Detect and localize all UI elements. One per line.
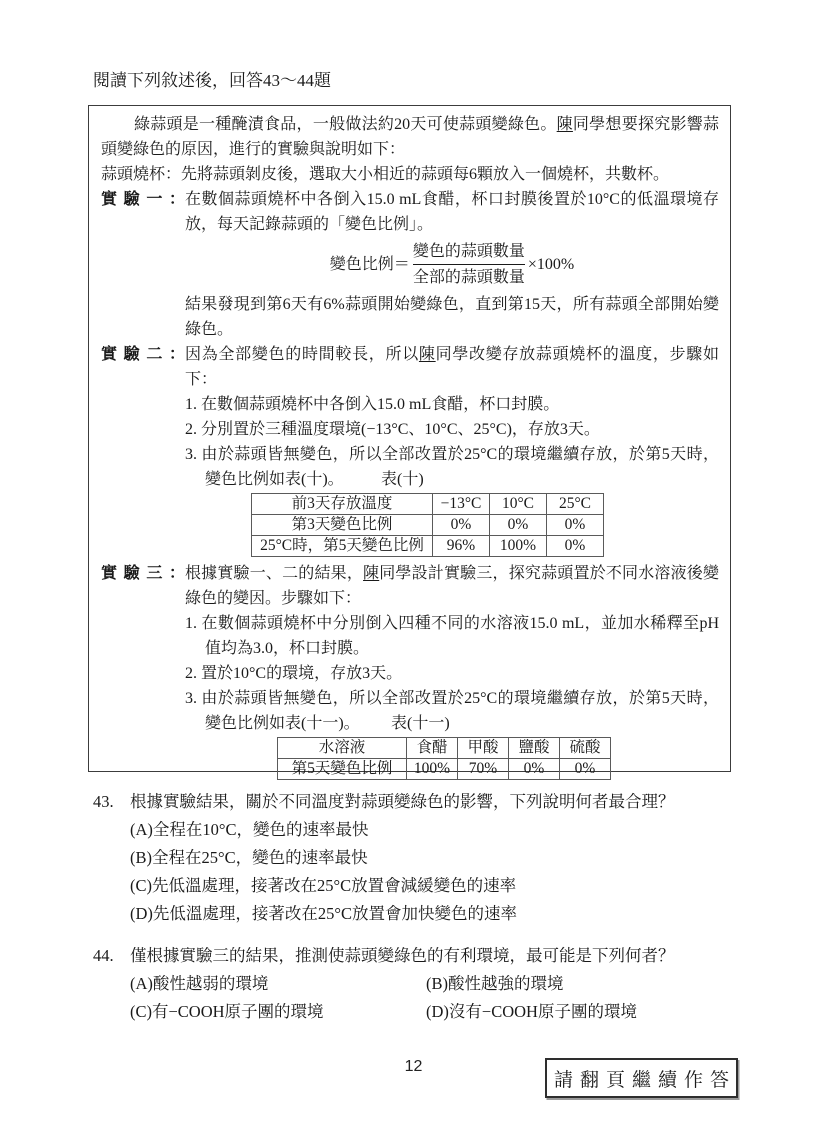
- question-43-option-a: (A)全程在10°C，變色的速率最快: [130, 816, 741, 844]
- intro-text-pre: 綠蒜頭是一種醃漬食品，一般做法約20天可使蒜頭變綠色。: [134, 116, 557, 133]
- question-44-body: 僅根據實驗三的結果，推測使蒜頭變綠色的有利環境，最可能是下列何者？ (A)酸性越…: [130, 942, 741, 1026]
- table-cell: 第3天變色比例: [252, 515, 433, 536]
- table-10: 前3天存放溫度 −13°C 10°C 25°C 第3天變色比例 0% 0% 0%: [251, 493, 604, 557]
- step-number: 1.: [185, 615, 201, 632]
- experiment-2: 實驗二： 因為全部變色的時間較長，所以陳同學改變存放蒜頭燒杯的溫度，步驟如下： …: [101, 342, 719, 561]
- experiment-2-text: 因為全部變色的時間較長，所以陳同學改變存放蒜頭燒杯的溫度，步驟如下：: [185, 342, 719, 392]
- student-name-underlined: 陳: [363, 565, 379, 582]
- table-cell: 硫酸: [560, 738, 611, 759]
- student-name-underlined: 陳: [419, 346, 436, 363]
- table-cell: 食醋: [407, 738, 458, 759]
- table-11: 水溶液 食醋 甲酸 鹽酸 硫酸 第5天變色比例 100% 70% 0% 0%: [277, 737, 611, 780]
- formula-suffix: ×100%: [528, 252, 574, 277]
- question-43-option-c: (C)先低溫處理，接著改在25°C放置會減緩變色的速率: [130, 872, 741, 900]
- experiment-3-body: 根據實驗一、二的結果，陳同學設計實驗三，探究蒜頭置於不同水溶液後變綠色的變因。步…: [185, 561, 719, 784]
- experiment-1-body: 在數個蒜頭燒杯中各倒入15.0 mL食醋，杯口封膜後置於10°C的低溫環境存放，…: [185, 187, 719, 342]
- experiment-2-step-2: 2.分別置於三種溫度環境(−13°C、10°C、25°C)，存放3天。: [185, 417, 719, 442]
- experiment-2-step-1: 1.在數個蒜頭燒杯中各倒入15.0 mL食醋，杯口封膜。: [185, 392, 719, 417]
- table-11-caption: 表(十一): [391, 711, 450, 736]
- table-row: 水溶液 食醋 甲酸 鹽酸 硫酸: [278, 738, 611, 759]
- step-number: 3.: [185, 690, 201, 707]
- step-number: 2.: [185, 421, 201, 438]
- section-instruction: 閱讀下列敘述後，回答43～44題: [93, 70, 331, 92]
- question-43-number: 43.: [93, 788, 130, 928]
- step-text: 由於蒜頭皆無變色，所以全部改置於25°C的環境繼續存放，於第5天時，變色比例如表…: [201, 690, 719, 732]
- step-number: 1.: [185, 396, 201, 413]
- step-text: 在數個蒜頭燒杯中各倒入15.0 mL食醋，杯口封膜。: [201, 396, 559, 413]
- formula-lhs: 變色比例＝: [330, 252, 410, 277]
- experiment-3: 實驗三： 根據實驗一、二的結果，陳同學設計實驗三，探究蒜頭置於不同水溶液後變綠色…: [101, 561, 719, 784]
- experiment-2-label: 實驗二：: [101, 342, 185, 561]
- exam-page: 閱讀下列敘述後，回答43～44題 綠蒜頭是一種醃漬食品，一般做法約20天可使蒜頭…: [0, 0, 827, 1142]
- experiment-3-step-2: 2.置於10°C的環境，存放3天。: [185, 661, 719, 686]
- beaker-preparation-line: 蒜頭燒杯：先將蒜頭剝皮後，選取大小相近的蒜頭每6顆放入一個燒杯，共數杯。: [101, 162, 719, 187]
- question-44-stem: 僅根據實驗三的結果，推測使蒜頭變綠色的有利環境，最可能是下列何者？: [130, 942, 741, 970]
- table-cell: 25°C時，第5天變色比例: [252, 536, 433, 557]
- question-44-number: 44.: [93, 942, 130, 1026]
- question-44-option-a: (A)酸性越弱的環境: [130, 970, 426, 998]
- turn-page-notice-text: 請翻頁繼續作答: [547, 1065, 736, 1092]
- question-44-option-c: (C)有−COOH原子團的環境: [130, 998, 426, 1026]
- question-44-option-d: (D)沒有−COOH原子團的環境: [426, 998, 741, 1026]
- step-number: 2.: [185, 665, 201, 682]
- table-row: 25°C時，第5天變色比例 96% 100% 0%: [252, 536, 604, 557]
- turn-page-notice-box: 請翻頁繼續作答: [545, 1058, 738, 1098]
- table-row: 第5天變色比例 100% 70% 0% 0%: [278, 759, 611, 780]
- question-43: 43. 根據實驗結果，關於不同溫度對蒜頭變綠色的影響，下列說明何者最合理？ (A…: [93, 788, 741, 928]
- experiment-1-text: 在數個蒜頭燒杯中各倒入15.0 mL食醋，杯口封膜後置於10°C的低溫環境存放，…: [185, 187, 719, 237]
- table-cell: 100%: [407, 759, 458, 780]
- table-cell: 0%: [547, 515, 604, 536]
- question-43-option-b: (B)全程在25°C，變色的速率最快: [130, 844, 741, 872]
- step-text: 分別置於三種溫度環境(−13°C、10°C、25°C)，存放3天。: [201, 421, 600, 438]
- question-43-body: 根據實驗結果，關於不同溫度對蒜頭變綠色的影響，下列說明何者最合理？ (A)全程在…: [130, 788, 741, 928]
- color-ratio-formula: 變色比例＝ 變色的蒜頭數量全部的蒜頭數量 ×100%: [185, 239, 719, 290]
- question-44-options: (A)酸性越弱的環境 (B)酸性越強的環境 (C)有−COOH原子團的環境 (D…: [130, 970, 741, 1026]
- experiment-3-text: 根據實驗一、二的結果，陳同學設計實驗三，探究蒜頭置於不同水溶液後變綠色的變因。步…: [185, 561, 719, 611]
- experiment-1: 實驗一： 在數個蒜頭燒杯中各倒入15.0 mL食醋，杯口封膜後置於10°C的低溫…: [101, 187, 719, 342]
- table-cell: 前3天存放溫度: [252, 494, 433, 515]
- passage-intro: 綠蒜頭是一種醃漬食品，一般做法約20天可使蒜頭變綠色。陳同學想要探究影響蒜頭變綠…: [101, 112, 719, 162]
- formula-fraction: 變色的蒜頭數量全部的蒜頭數量: [413, 239, 525, 290]
- question-44-option-b: (B)酸性越強的環境: [426, 970, 741, 998]
- experiment-1-result: 結果發現到第6天有6%蒜頭開始變綠色，直到第15天，所有蒜頭全部開始變綠色。: [185, 292, 719, 342]
- experiment-3-step-3: 3.由於蒜頭皆無變色，所以全部改置於25°C的環境繼續存放，於第5天時，變色比例…: [185, 686, 719, 736]
- question-43-option-d: (D)先低溫處理，接著改在25°C放置會加快變色的速率: [130, 900, 741, 928]
- table-cell: 100%: [490, 536, 547, 557]
- table-cell: 水溶液: [278, 738, 407, 759]
- table-cell: 96%: [433, 536, 490, 557]
- question-44: 44. 僅根據實驗三的結果，推測使蒜頭變綠色的有利環境，最可能是下列何者？ (A…: [93, 942, 741, 1026]
- experiment-2-text-pre: 因為全部變色的時間較長，所以: [185, 346, 419, 363]
- formula-denominator: 全部的蒜頭數量: [413, 264, 525, 290]
- step-number: 3.: [185, 446, 201, 463]
- experiment-3-text-pre: 根據實驗一、二的結果，: [185, 565, 363, 582]
- step-text: 在數個蒜頭燒杯中分別倒入四種不同的水溶液15.0 mL，並加水稀釋至pH值均為3…: [201, 615, 719, 657]
- table-cell: 70%: [458, 759, 509, 780]
- table-row: 前3天存放溫度 −13°C 10°C 25°C: [252, 494, 604, 515]
- experiment-2-body: 因為全部變色的時間較長，所以陳同學改變存放蒜頭燒杯的溫度，步驟如下： 1.在數個…: [185, 342, 719, 561]
- experiment-1-label: 實驗一：: [101, 187, 185, 342]
- table-10-caption: 表(十): [381, 467, 424, 492]
- student-name-underlined: 陳: [557, 116, 573, 133]
- experiment-2-step-3: 3.由於蒜頭皆無變色，所以全部改置於25°C的環境繼續存放，於第5天時，變色比例…: [185, 442, 719, 492]
- table-cell: −13°C: [433, 494, 490, 515]
- step-text: 由於蒜頭皆無變色，所以全部改置於25°C的環境繼續存放，於第5天時，變色比例如表…: [201, 446, 719, 488]
- experiment-3-label: 實驗三：: [101, 561, 185, 784]
- experiment-3-step-1: 1.在數個蒜頭燒杯中分別倒入四種不同的水溶液15.0 mL，並加水稀釋至pH值均…: [185, 611, 719, 661]
- passage-box: 綠蒜頭是一種醃漬食品，一般做法約20天可使蒜頭變綠色。陳同學想要探究影響蒜頭變綠…: [88, 105, 731, 772]
- table-cell: 甲酸: [458, 738, 509, 759]
- table-cell: 0%: [560, 759, 611, 780]
- formula-numerator: 變色的蒜頭數量: [413, 239, 525, 264]
- table-cell: 25°C: [547, 494, 604, 515]
- table-row: 第3天變色比例 0% 0% 0%: [252, 515, 604, 536]
- table-cell: 10°C: [490, 494, 547, 515]
- table-cell: 0%: [509, 759, 560, 780]
- table-cell: 鹽酸: [509, 738, 560, 759]
- table-cell: 第5天變色比例: [278, 759, 407, 780]
- step-text: 置於10°C的環境，存放3天。: [201, 665, 402, 682]
- table-cell: 0%: [490, 515, 547, 536]
- table-cell: 0%: [433, 515, 490, 536]
- question-43-stem: 根據實驗結果，關於不同溫度對蒜頭變綠色的影響，下列說明何者最合理？: [130, 788, 741, 816]
- table-cell: 0%: [547, 536, 604, 557]
